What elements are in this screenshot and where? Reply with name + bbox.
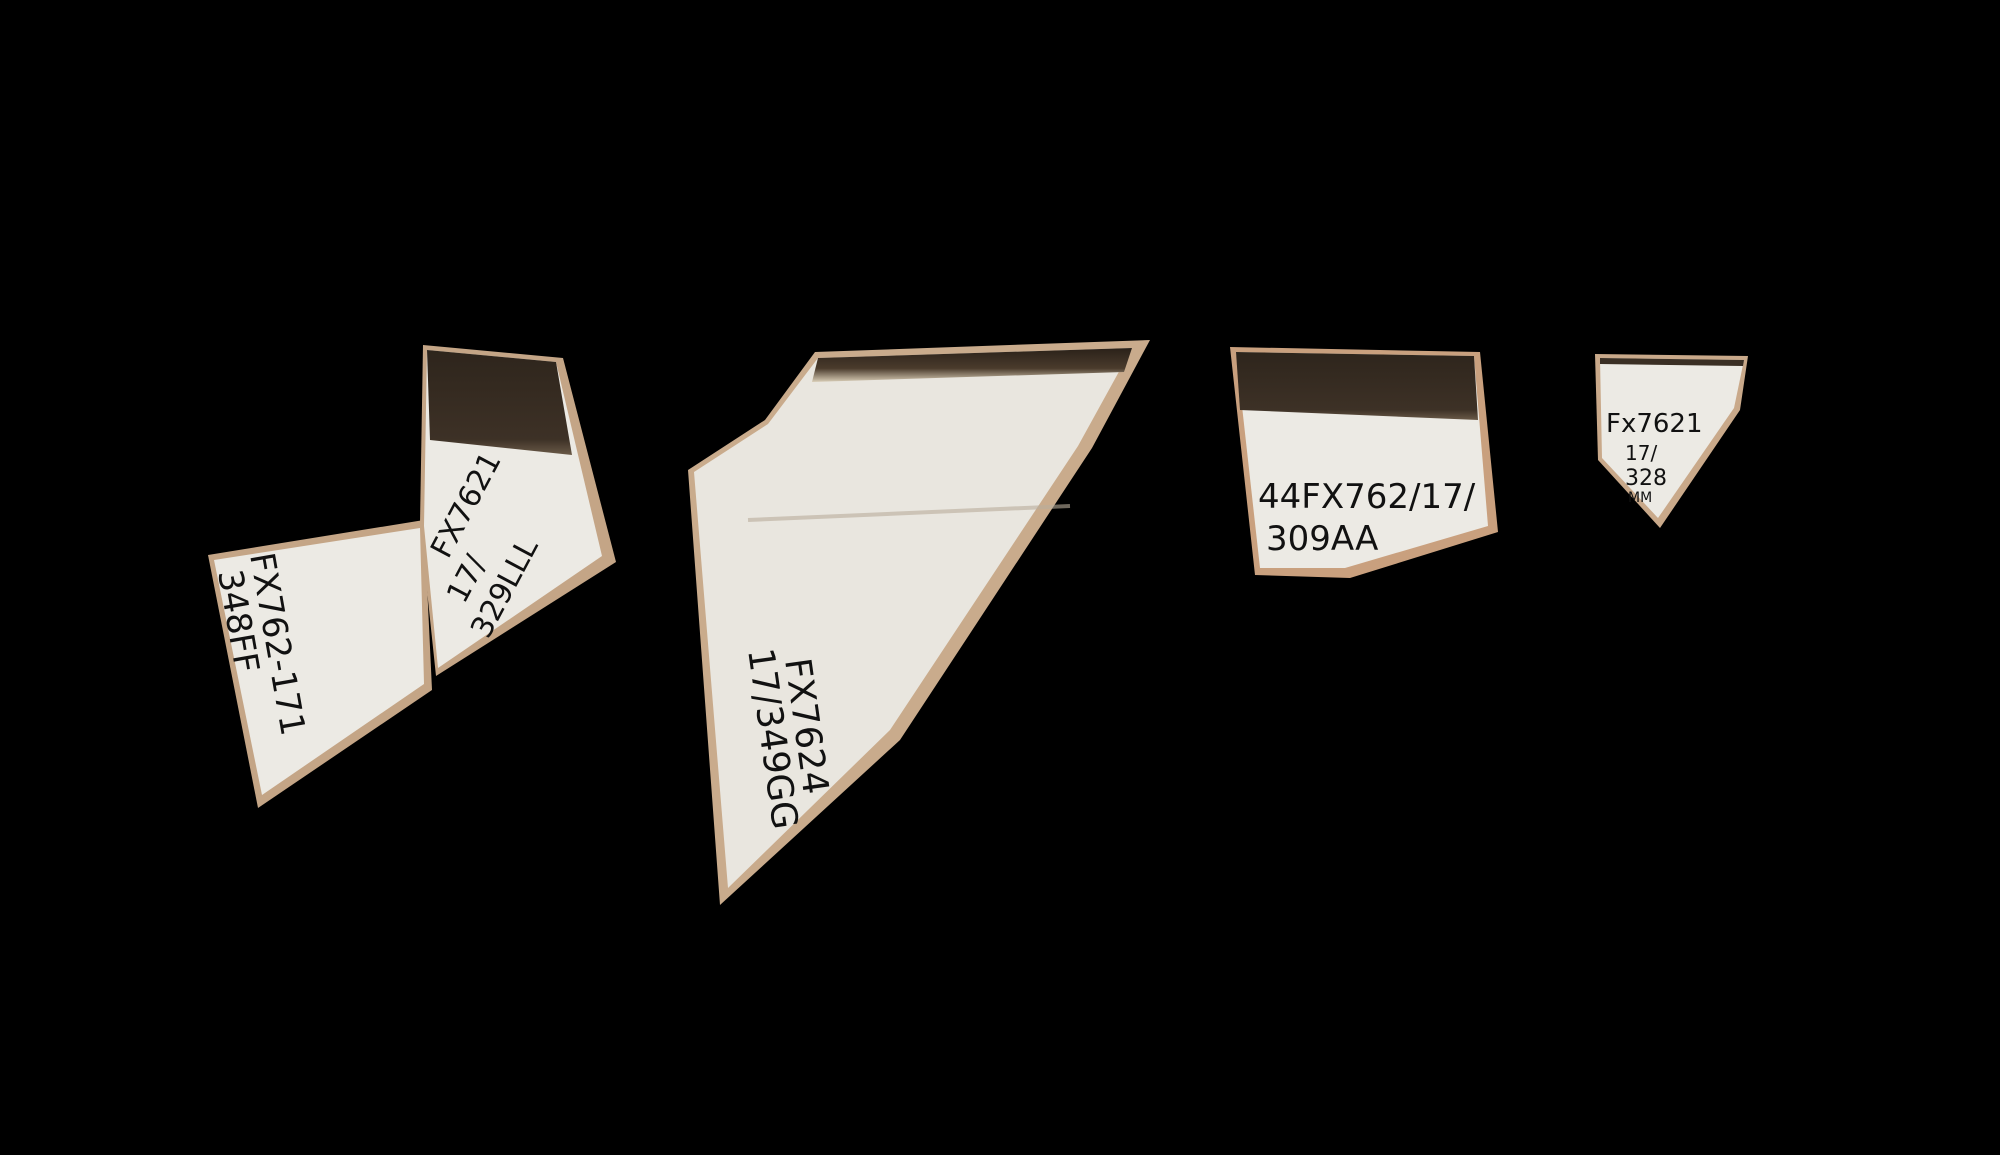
sherd-1: FX762-171 348FF FX7621 17/ 329LLL [208,345,616,808]
sherd-4-label-line-1: Fx7621 [1606,409,1703,439]
sherd-4-label-line-3: 328 [1625,466,1667,491]
sherd-3-rim-band [1236,352,1478,420]
sherd-3: 44FX762/17/ 309AA [1230,347,1498,578]
sherd-4-label-line-4: MM [1628,490,1652,506]
sherd-4: Fx7621 17/ 328 MM [1595,354,1748,528]
sherd-1-rim-band [427,350,572,455]
sherd-2: FX7624 17/349GG [688,340,1150,905]
sherd-4-label-line-2: 17/ [1625,441,1657,465]
sherd-3-label-line-1: 44FX762/17/ [1258,477,1476,517]
sherd-3-label-line-2: 309AA [1266,519,1378,559]
photo-scene: FX762-171 348FF FX7621 17/ 329LLL FX7624… [0,0,2000,1155]
